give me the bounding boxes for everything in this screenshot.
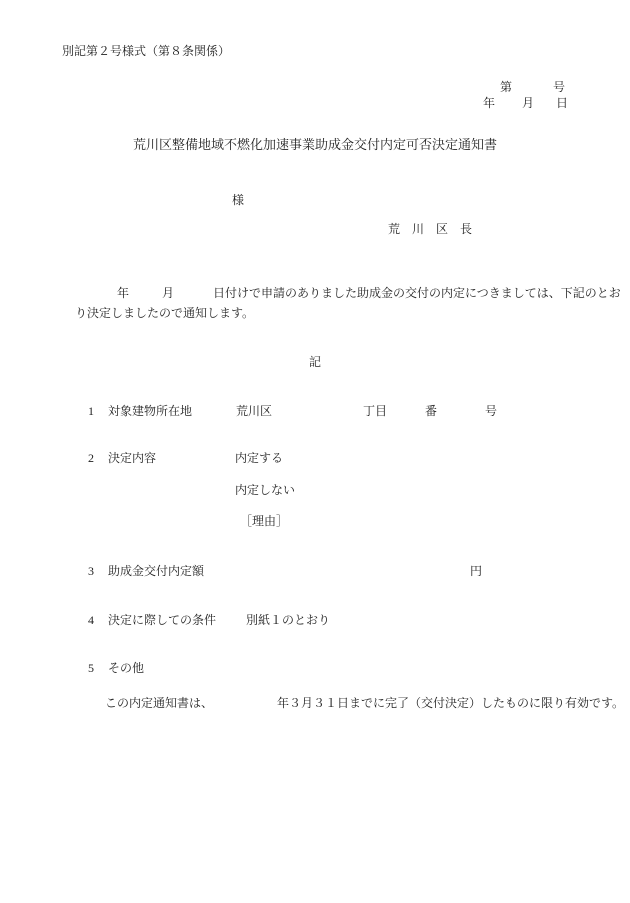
- item4-value: 別紙１のとおり: [246, 612, 330, 628]
- item1-number: 1: [88, 403, 94, 419]
- item1-unit-go: 号: [485, 403, 497, 419]
- section-marker: 記: [0, 354, 630, 370]
- item1-unit-ban: 番: [425, 403, 437, 419]
- form-number-label: 別記第２号様式（第８条関係）: [62, 43, 230, 59]
- item1-value-ward: 荒川区: [236, 403, 272, 419]
- item3-unit-yen: 円: [470, 563, 482, 579]
- body-text-line1: 日付けで申請のありました助成金の交付の内定につきましては、下記のとお: [213, 285, 621, 301]
- item2-option-approve: 内定する: [235, 450, 283, 466]
- body-date-month: 月: [162, 285, 174, 301]
- item2-label: 決定内容: [108, 450, 156, 466]
- sender-name: 荒 川 区 長: [388, 221, 472, 237]
- document-title: 荒川区整備地域不燃化加速事業助成金交付内定可否決定通知書: [0, 136, 630, 153]
- doc-number-prefix: 第: [500, 79, 512, 95]
- note-lead: この内定通知書は、: [105, 695, 213, 711]
- date-day-label: 日: [556, 95, 568, 111]
- item2-number: 2: [88, 450, 94, 466]
- doc-number-suffix: 号: [553, 79, 565, 95]
- note-rest: 年３月３１日までに完了（交付決定）したものに限り有効です。: [277, 695, 624, 711]
- body-date-year: 年: [117, 285, 129, 301]
- document-page: 別記第２号様式（第８条関係） 第 号 年 月 日 荒川区整備地域不燃化加速事業助…: [0, 0, 630, 903]
- date-year-label: 年: [483, 95, 495, 111]
- date-month-label: 月: [522, 95, 534, 111]
- item1-unit-chome: 丁目: [363, 403, 387, 419]
- item4-number: 4: [88, 612, 94, 628]
- item3-number: 3: [88, 563, 94, 579]
- item3-label: 助成金交付内定額: [108, 563, 204, 579]
- body-text-line2: り決定しましたので通知します。: [75, 305, 254, 321]
- item2-reason-label: ［理由］: [240, 513, 288, 529]
- item5-label: その他: [108, 660, 144, 676]
- addressee-honorific: 様: [232, 192, 244, 208]
- item2-option-reject: 内定しない: [235, 482, 295, 498]
- item1-label: 対象建物所在地: [108, 403, 192, 419]
- item4-label: 決定に際しての条件: [108, 612, 216, 628]
- item5-number: 5: [88, 660, 94, 676]
